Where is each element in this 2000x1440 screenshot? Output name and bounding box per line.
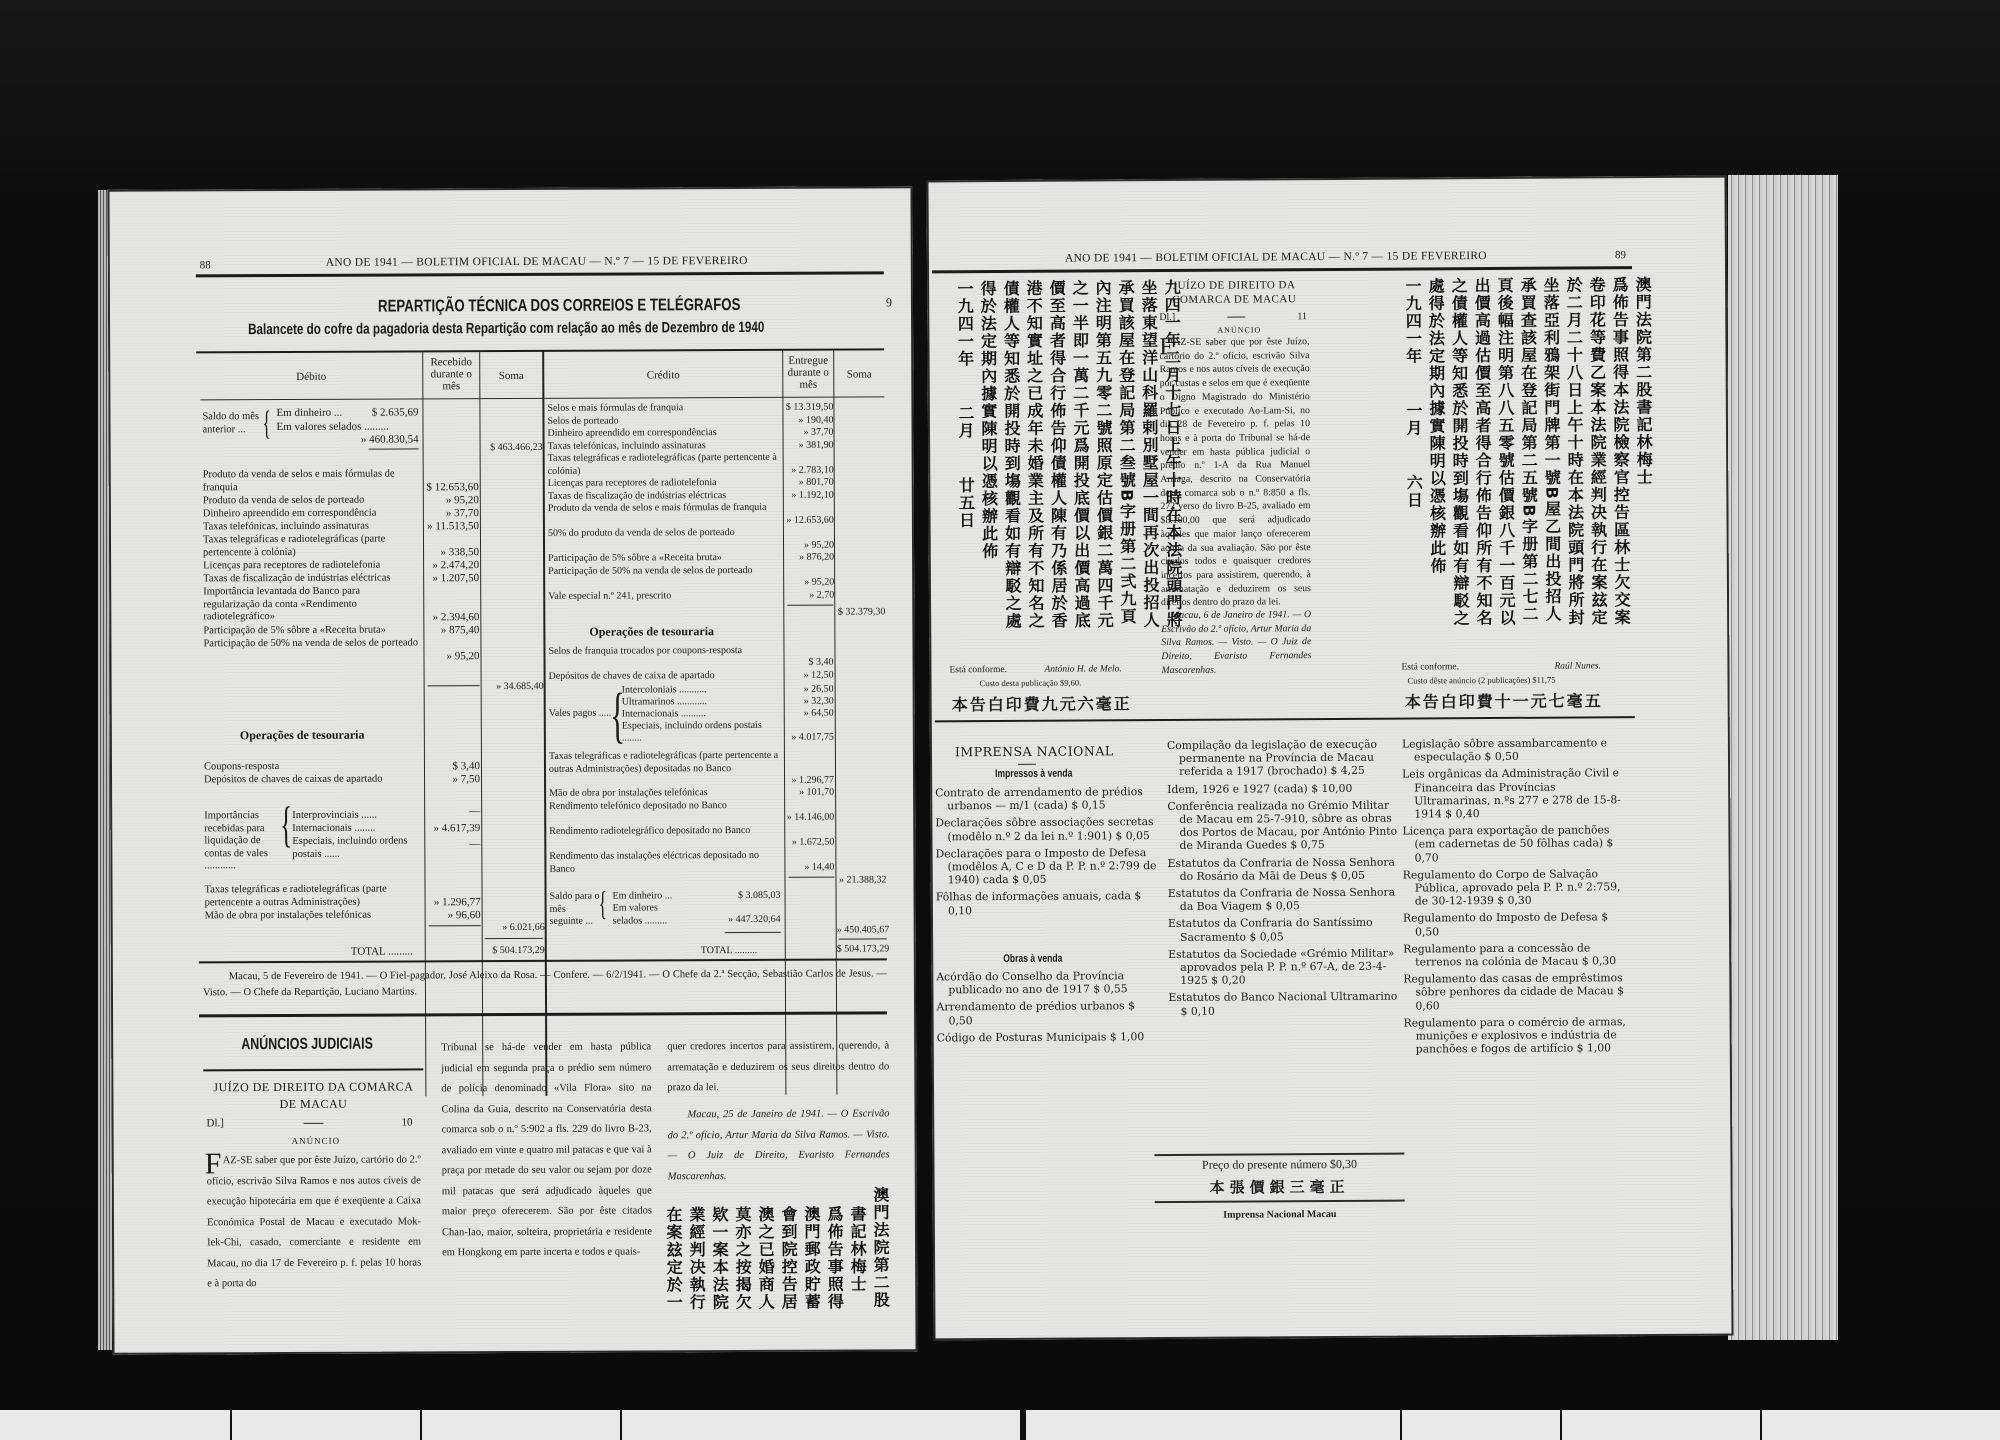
credit-rows-sum: $ 32.379,30: [835, 606, 885, 617]
catalog-item: Compilação da legislação de execução per…: [1167, 738, 1397, 779]
catalog-item: Licença para exportação de panchões (em …: [1402, 823, 1632, 864]
ref-left: Dl.]: [207, 1117, 224, 1130]
credit-treasury-sum: » 21.388,32: [836, 874, 886, 885]
catalog-item: Declarações para o Imposto de Defesa (mo…: [936, 846, 1161, 887]
catalog-item: Estatutos da Confraria do Santíssimo Sac…: [1168, 916, 1398, 944]
printed-heading: Impressos à venda: [995, 768, 1072, 780]
notice-10-signature: Macau, 25 de Janeiro de 1941. — O Escriv…: [667, 1104, 889, 1187]
page-stack-edge-right: [1728, 175, 1838, 1340]
catalog-item: Conferência realizada no Grémio Militar …: [1167, 798, 1397, 852]
works-list-3: Legislação sôbre assambarcamento e espec…: [1402, 736, 1634, 1060]
issue-price-chinese: 本張價銀三毫正: [1155, 1176, 1405, 1199]
conform-label: Está conforme.: [1401, 662, 1459, 672]
credit-sum-header: Soma: [834, 368, 884, 380]
debit-total-label: TOTAL .........: [351, 945, 413, 958]
works-list-2: Compilação da legislação de execução per…: [1167, 738, 1399, 1022]
closing-cash: $ 3.085,03: [701, 890, 781, 901]
delivered-header: Entregue durante o mês: [784, 355, 832, 391]
debit-vales-label: Importâncias recebidas para liquidação d…: [204, 810, 279, 873]
catalog-item: Arrendamento de prédios urbanos $ 0,50: [936, 999, 1161, 1027]
conform-name: António H. de Melo.: [1044, 664, 1121, 674]
left-page: 88 ANO DE 1941 — BOLETIM OFICIAL DE MACA…: [107, 186, 917, 1355]
conform-name: Raúl Nunes.: [1554, 661, 1601, 671]
works-heading: Obras à venda: [1003, 953, 1062, 965]
chinese-notice-2: 澳門法院第二股書記林梅士 爲佈告事照得本法院檢察官控告區林士欠交案 卷印花等費乙…: [1397, 276, 1654, 658]
chinese-cost: 本告白印費十一元七毫五: [1405, 688, 1603, 712]
credit-rows: Selos e mais fórmulas de franquia$ 13.31…: [547, 402, 838, 603]
credit-total-label: TOTAL .........: [701, 944, 757, 957]
notice-11-body: AZ-SE saber que por êste Juízo, cartório…: [1159, 335, 1311, 610]
notice-10-col3: quer credores incertos para assistirem, …: [667, 1036, 889, 1098]
catalog-item: Estatutos da Confraria de Nossa Senhora …: [1168, 886, 1398, 914]
conform-label: Está conforme.: [949, 665, 1007, 675]
debit-treasury-sum: » 6.021,66: [483, 922, 545, 933]
catalog-item: Regulamento do Corpo de Salvação Pública…: [1403, 867, 1633, 908]
printed-list: Contrato de arrendamento de prédios urba…: [935, 785, 1161, 921]
catalog-item: Acórdão do Conselho da Província publica…: [936, 969, 1161, 997]
brace: {: [262, 407, 270, 441]
catalog-item: Regulamento do Imposto de Defesa $ 0,50: [1403, 911, 1633, 939]
page-number: 88: [200, 259, 211, 271]
catalog-item: Declarações sôbre associações secretas (…: [935, 815, 1160, 843]
right-page: ANO DE 1941 — BOLETIM OFICIAL DE MACAU —…: [926, 176, 1733, 1341]
publication-cost: Custo dêste anúncio (2 publicações) $11,…: [1407, 675, 1555, 686]
debit-treasury-row-2: Mão de obra por instalações telefónicas: [205, 909, 420, 923]
catalog-item: Regulamento para a concessão de terrenos…: [1403, 941, 1633, 969]
notice-10-chinese: 澳門法院第二股 書記林梅士 爲佈告事照得 澳門郵政貯蓄 會到院控告居 澳之已婚商…: [668, 1186, 891, 1311]
notice-label: ANÚNCIO: [292, 1135, 341, 1148]
section-subtitle: Balancete do cofre da pagadoria desta Re…: [248, 319, 764, 338]
notice-11-signature: Macau, 6 de Janeiro de 1941. — O Escrivã…: [1161, 608, 1311, 677]
catalog-item: Fôlhas de informações anuais, cada $ 0,1…: [936, 889, 1161, 917]
catalog-item: Estatutos do Banco Nacional Ultramarino …: [1168, 990, 1398, 1018]
judicial-title: ANÚNCIOS JUDICIAIS: [241, 1036, 373, 1055]
chinese-cost: 本告白印費九元六毫正: [952, 691, 1132, 715]
opening-sum: $ 463.466,23: [481, 442, 543, 453]
debit-header: Débito: [200, 370, 422, 383]
closing-balance-label: Saldo para o mês seguinte ...: [550, 891, 600, 929]
running-head: ANO DE 1941 — BOLETIM OFICIAL DE MACAU —…: [1065, 250, 1487, 265]
debit-rows-sum: » 34.685,40: [482, 681, 544, 692]
ref-left: Dl.]: [1159, 311, 1175, 324]
running-head: ANO DE 1941 — BOLETIM OFICIAL DE MACAU —…: [326, 255, 748, 269]
credit-vales-label: Vales pagos .....: [549, 708, 612, 721]
credit-treasury-title: Operações de tesouraria: [589, 625, 714, 639]
catalog-item: Idem, 1926 e 1927 (cada) $ 10,00: [1167, 781, 1397, 796]
works-list-1: Acórdão do Conselho da Província publica…: [936, 969, 1161, 1048]
catalog-item: Leis orgânicas da Administração Civil e …: [1402, 767, 1632, 821]
publication-cost: Custo desta publicação $9,60.: [980, 678, 1082, 689]
issue-price: Preço do presente número $0,30: [1154, 1158, 1404, 1173]
closing-sum: » 450.405,67: [837, 924, 887, 935]
catalog-item: Regulamento das casas de emprêstimos sôb…: [1403, 971, 1633, 1012]
catalog-item: Estatutos da Sociedade «Grémio Militar» …: [1168, 946, 1398, 987]
film-strip-bottom: [0, 1410, 2000, 1440]
closing-stamped: » 447.320,64: [701, 914, 781, 925]
debit-total: $ 504.173,29: [483, 945, 545, 956]
catalog-item: Regulamento para o comércio de armas, mu…: [1404, 1015, 1634, 1056]
imprensa-title: IMPRENSA NACIONAL: [955, 744, 1114, 758]
printer-credit: Imprensa Nacional Macau: [1155, 1208, 1405, 1223]
debit-treasury-title: Operações de tesouraria: [240, 729, 365, 743]
section-number: 9: [886, 296, 892, 309]
opening-cash: $ 2.635,69: [338, 406, 418, 418]
debit-rows: Produto da venda de selos e mais fórmula…: [203, 468, 544, 664]
ref-number: 10: [402, 1116, 413, 1129]
opening-stamped: » 460.830,54: [339, 433, 419, 445]
debit-treasury-row: Coupons-resposta: [204, 760, 419, 774]
debit-treasury-row: Depósitos de chaves de caixas de apartad…: [204, 773, 419, 787]
signature-line: Macau, 5 de Fevereiro de 1941. — O Fiel-…: [203, 966, 887, 1001]
chinese-notice-1: 九四一年二月十七日上午十時在本法院頭門將 坐落東望洋山科羅剌別墅屋一間再次出投招…: [945, 279, 1183, 660]
court-heading: JUÍZO DE DIREITO DA COMARCA DE MACAU: [206, 1078, 420, 1113]
ref-number: 11: [1297, 310, 1307, 323]
rule: [196, 348, 884, 353]
debit-sum-header: Soma: [480, 370, 542, 382]
catalog-item: Código de Posturas Municipais $ 1,00: [937, 1030, 1162, 1045]
opening-stamped-label: Em valores selados .........: [276, 421, 388, 434]
section-title: REPARTIÇÃO TÉCNICA DOS CORREIOS E TELÉGR…: [378, 295, 741, 317]
opening-balance-label: Saldo do mês anterior ...: [202, 411, 262, 436]
page-number: 89: [1615, 249, 1626, 261]
received-header: Recebido durante o mês: [424, 356, 478, 392]
debit-treasury-row-2: Taxas telegráficas e radiotelegráficas (…: [204, 883, 419, 909]
catalog-item: Contrato de arrendamento de prédios urba…: [935, 785, 1160, 813]
rule: [196, 271, 884, 277]
catalog-item: Legislação sôbre assambarcamento e espec…: [1402, 736, 1632, 764]
credit-header: Crédito: [545, 369, 781, 382]
notice-10-col1: AZ-SE saber que por êste Juízo, cartório…: [207, 1150, 422, 1294]
notice-10-col2: Tribunal se há-de vender em hasta públic…: [441, 1037, 652, 1263]
credit-total: $ 504.173,29: [837, 943, 887, 954]
catalog-item: Estatutos da Confraria de Nossa Senhora …: [1168, 855, 1398, 883]
court-heading: JUÍZO DE DIREITO DA COMARCA DE MACAU: [1159, 278, 1309, 307]
opening-cash-label: Em dinheiro ...: [276, 407, 342, 420]
